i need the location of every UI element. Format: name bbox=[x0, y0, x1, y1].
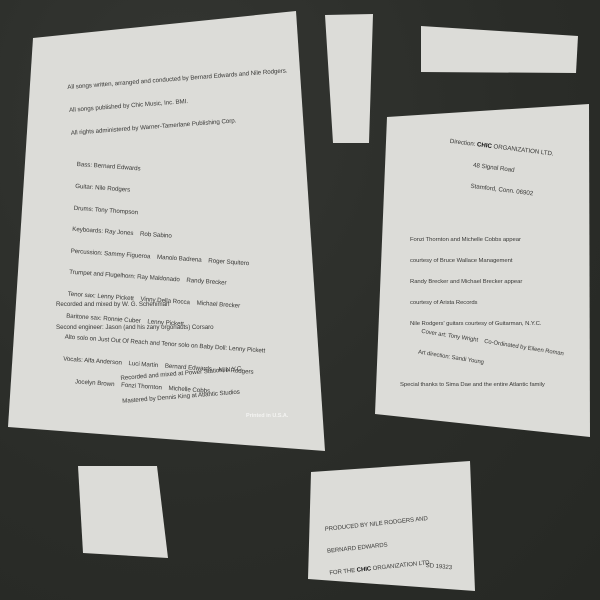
direction-label: Direction: bbox=[449, 138, 475, 148]
courtesy-line: Randy Brecker and Michael Brecker appear bbox=[410, 279, 541, 286]
chic-brand: CHIC bbox=[357, 567, 372, 574]
courtesy-line: courtesy of Bruce Wallace Management bbox=[410, 258, 541, 265]
courtesy-line: Fonzi Thornton and Michelle Cobbs appear bbox=[410, 237, 541, 244]
producer-line-suffix: ORGANIZATION LTD. bbox=[371, 560, 432, 572]
printed-in-usa: Printed in U.S.A. bbox=[246, 413, 288, 421]
studio-line: Mastered by Dennis King at Atlantic Stud… bbox=[122, 388, 245, 405]
organization-name: ORGANIZATION LTD. bbox=[491, 143, 554, 158]
engineering-credits: Recorded and mixed by W. G. Scheniman Se… bbox=[56, 286, 214, 339]
credit-line: All songs published by Chic Music, Inc. … bbox=[69, 90, 290, 114]
engineer-line: Recorded and mixed by W. G. Scheniman bbox=[56, 301, 214, 309]
personnel-line: Drums: Tony Thompson bbox=[73, 204, 274, 225]
chic-brand: CHIC bbox=[477, 141, 493, 150]
producer-line: BERNARD EDWARDS bbox=[327, 538, 431, 556]
personnel-line: Percussion: Sammy Figueroa Manolo Badren… bbox=[70, 248, 271, 269]
producer-credit: PRODUCED BY NILE RODGERS AND BERNARD EDW… bbox=[323, 501, 434, 585]
special-thanks: Special thanks to Sima Dae and the entir… bbox=[400, 382, 545, 390]
studio-credits: Recorded and mixed at Power Station, N.Y… bbox=[119, 350, 246, 413]
personnel-line: Bass: Bernard Edwards bbox=[76, 161, 277, 182]
studio-line: Recorded and mixed at Power Station, N.Y… bbox=[120, 365, 243, 382]
courtesy-line: courtesy of Arista Records bbox=[410, 300, 541, 307]
credit-line: All songs written, arranged and conducte… bbox=[67, 68, 288, 92]
direction-block: Direction: CHIC ORGANIZATION LTD. 48 Sig… bbox=[443, 124, 555, 206]
personnel-line: Keyboards: Ray Jones Rob Sabino bbox=[72, 226, 273, 247]
address-line: 48 Signal Road bbox=[447, 159, 551, 179]
personnel-line: Guitar: Nile Rodgers bbox=[75, 183, 276, 204]
producer-line: PRODUCED BY NILE RODGERS AND bbox=[325, 516, 429, 534]
producer-line-prefix: FOR THE bbox=[329, 568, 357, 577]
engineer-line: Second engineer: Jason (and his zany org… bbox=[56, 324, 214, 332]
